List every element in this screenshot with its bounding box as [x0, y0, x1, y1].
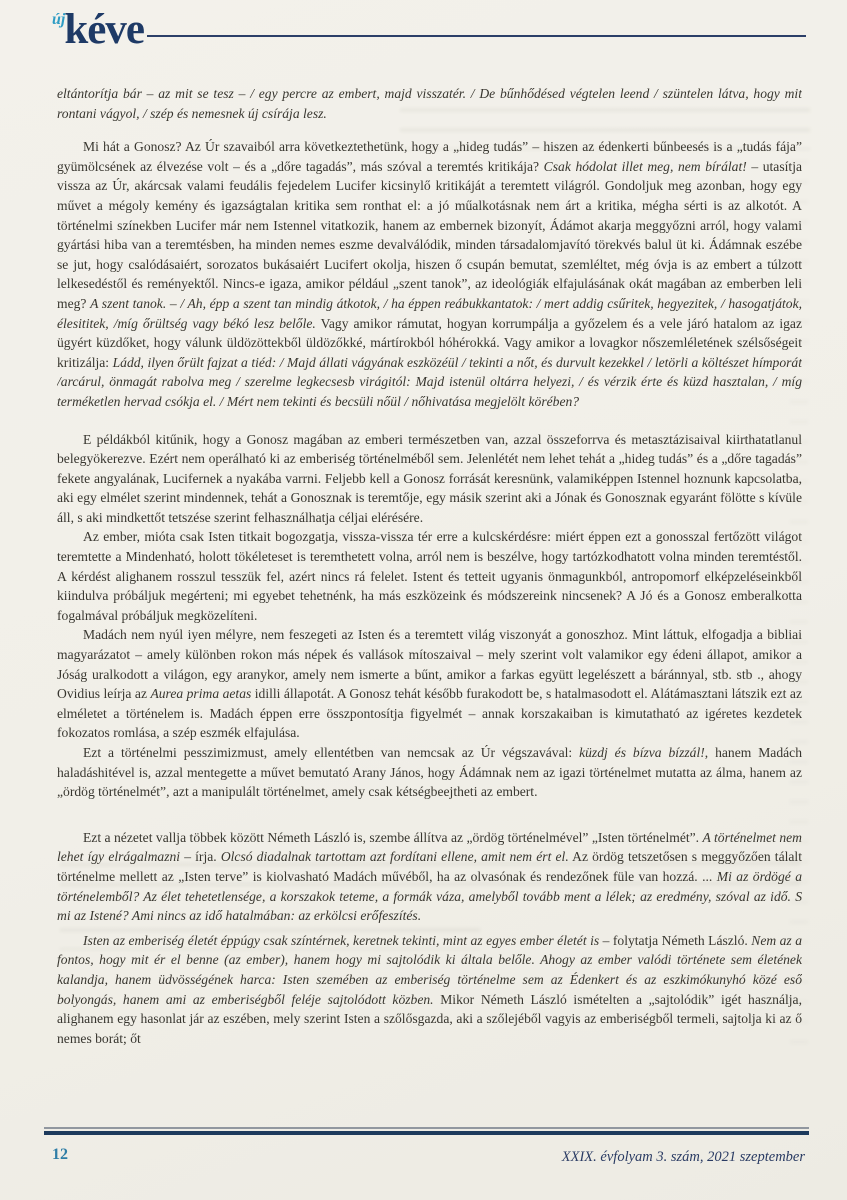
quoted-verse-run: Olcsó diadalnak tartottam azt fordítani … — [221, 849, 569, 864]
text-run: Ezt a történelmi pesszimizmust, amely el… — [83, 745, 579, 760]
quoted-verse-run: Isten az emberiség életét éppúgy csak sz… — [83, 933, 599, 948]
text-run: E példákból kitűnik, hogy a Gonosz magáb… — [57, 432, 802, 525]
logo-name-keve: kéve — [64, 8, 144, 51]
quoted-verse-run: Aurea prima aetas — [150, 686, 251, 701]
quoted-verse-run: eltántorítja bár – az mit se tesz – / eg… — [57, 86, 802, 121]
paragraph: Az ember, mióta csak Isten titkait bogoz… — [57, 527, 802, 625]
page-number: 12 — [52, 1146, 68, 1164]
quoted-verse-run: küzdj és bízva bízzál! — [579, 745, 705, 760]
footer-rule — [44, 1127, 809, 1136]
paragraph: Madách nem nyúl iyen mélyre, nem feszege… — [57, 625, 802, 743]
scanned-journal-page: új kéve eltántorítja bár – az mit se tes… — [0, 0, 847, 1200]
text-run: – írja. — [180, 849, 221, 864]
paragraph: Isten az emberiség életét éppúgy csak sz… — [57, 931, 802, 1049]
journal-logo: új kéve — [52, 8, 144, 51]
article-body: eltántorítja bár – az mit se tesz – / eg… — [57, 84, 802, 1120]
text-run: – utasítja vissza az Úr, akárcsak valami… — [57, 159, 802, 311]
quoted-verse-run: Ládd, ilyen őrült fajzat a tiéd: / Majd … — [57, 355, 802, 409]
paragraph: Ezt a nézetet vallja többek között Német… — [57, 828, 802, 926]
quoted-verse-run: Csak hódolat illet meg, nem bírálat! — [544, 159, 747, 174]
paragraph: Ezt a történelmi pesszimizmust, amely el… — [57, 743, 802, 802]
footer-rule-navy — [44, 1131, 809, 1135]
masthead: új kéve — [52, 8, 806, 51]
issue-info: XXIX. évfolyam 3. szám, 2021 szeptember — [562, 1149, 805, 1166]
masthead-rule — [147, 35, 806, 37]
paragraph: eltántorítja bár – az mit se tesz – / eg… — [57, 84, 802, 123]
logo-prefix-uj: új — [52, 11, 65, 29]
text-run: Az ember, mióta csak Isten titkait bogoz… — [57, 529, 802, 622]
paragraph: E példákból kitűnik, hogy a Gonosz magáb… — [57, 430, 802, 528]
paragraph: Mi hát a Gonosz? Az Úr szavaiból arra kö… — [57, 137, 802, 411]
text-run: Ezt a nézetet vallja többek között Német… — [83, 830, 703, 845]
text-run: – folytatja Németh László. — [599, 933, 751, 948]
